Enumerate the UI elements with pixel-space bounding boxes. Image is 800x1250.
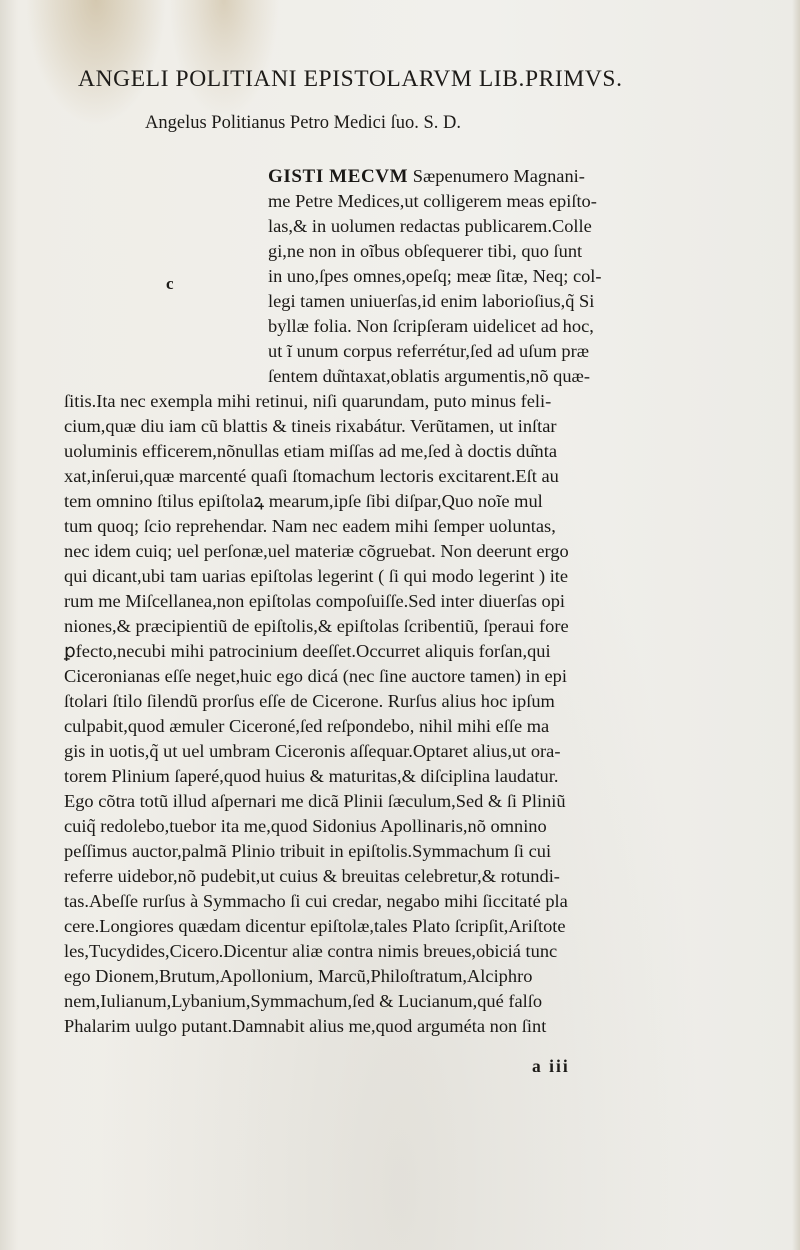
- text-line: cere.Longiores quædam dicentur epiſtolæ,…: [64, 914, 566, 939]
- text-line: gis in uotis,q̃ ut uel umbram Ciceronis …: [64, 739, 560, 764]
- text-line: ut ĩ unum corpus referrétur,ſed ad uſum …: [268, 339, 589, 364]
- text-line: peſſimus auctor,palmã Plinio tribuit in …: [64, 839, 551, 864]
- text-line: nec idem cuiq; uel perſonæ,uel materiæ c…: [64, 539, 569, 564]
- text-line: tem omnino ſtilus epiſtolaꝝ mearum,ipſe …: [64, 489, 543, 514]
- text-line: cium,quæ diu iam cũ blattis & tineis rix…: [64, 414, 557, 439]
- text-line: nem,Iulianum,Lybanium,Symmachum,ſed & Lu…: [64, 989, 542, 1014]
- text-line: xat,inſerui,quæ marcenté quaſi ſtomachum…: [64, 464, 559, 489]
- text-line: torem Plinium ſaperé,quod huius & maturi…: [64, 764, 558, 789]
- text-line: las,& in uolumen redactas publicarem.Col…: [268, 214, 592, 239]
- text-line: Phalarim uulgo putant.Damnabit alius me,…: [64, 1014, 546, 1039]
- text-line: culpabit,quod æmuler Ciceroné,ſed reſpon…: [64, 714, 549, 739]
- text-line: byllæ folia. Non ſcripſeram uidelicet ad…: [268, 314, 594, 339]
- salutation: Angelus Politianus Petro Medici ſuo. S. …: [145, 113, 461, 134]
- text-line: ſentem du͂ntaxat,oblatis argumentis,nõ q…: [268, 364, 590, 389]
- text-line: Ciceronianas eſſe neget,huic ego dicá (n…: [64, 664, 567, 689]
- text-line: ſtolari ſtilo ſilendũ prorſus eſſe de Ci…: [64, 689, 555, 714]
- text-line: gi,ne non in oĩbus obſequerer tibi, quo …: [268, 239, 582, 264]
- text-line: ſitis.Ita nec exempla mihi retinui, niſi…: [64, 389, 551, 414]
- running-head: ANGELI POLITIANI EPISTOLARVM LIB.PRIMVS.: [78, 66, 623, 93]
- text-line: rum me Miſcellanea,non epiſtolas compoſu…: [64, 589, 565, 614]
- text-line-first: GISTI MECVM Sæpenumero Magnani-: [268, 164, 585, 189]
- page-edge: [792, 0, 800, 1250]
- text-line: Sæpenumero Magnani-: [413, 166, 585, 186]
- text-line: tum quoq; ſcio reprehendar. Nam nec eade…: [64, 514, 556, 539]
- text-line: in uno,ſpes omnes,opeſq; meæ ſitæ, Neq; …: [268, 264, 602, 289]
- text-line: cuiq̃ redolebo,tuebor ita me,quod Sidoni…: [64, 814, 547, 839]
- text-line: qui dicant,ubi tam uarias epiſtolas lege…: [64, 564, 568, 589]
- signature-mark: a iii: [532, 1056, 570, 1077]
- book-page: ANGELI POLITIANI EPISTOLARVM LIB.PRIMVS.…: [0, 0, 800, 1250]
- text-line: me Petre Medices,ut colligerem meas epiſ…: [268, 189, 597, 214]
- text-line: Ego cõtra totũ illud aſpernari me dicã P…: [64, 789, 566, 814]
- text-line: referre uidebor,nõ pudebit,ut cuius & br…: [64, 864, 560, 889]
- opening-caps: GISTI MECVM: [268, 166, 408, 187]
- text-line: legi tamen uniuerſas,id enim laborioſius…: [268, 289, 594, 314]
- text-line: niones,& præcipientiũ de epiſtolis,& epi…: [64, 614, 569, 639]
- text-line: tas.Abeſſe rurſus à Symmacho ſi cui cred…: [64, 889, 568, 914]
- text-line: ꝑfecto,necubi mihi patrocinium deeſſet.O…: [64, 639, 551, 664]
- text-line: uoluminis efficerem,nõnullas etiam miſſa…: [64, 439, 557, 464]
- text-line: les,Tucydides,Cicero.Dicentur aliæ contr…: [64, 939, 557, 964]
- text-line: ego Dionem,Brutum,Apollonium, Marcũ,Phil…: [64, 964, 532, 989]
- marginal-letter: c: [166, 274, 174, 294]
